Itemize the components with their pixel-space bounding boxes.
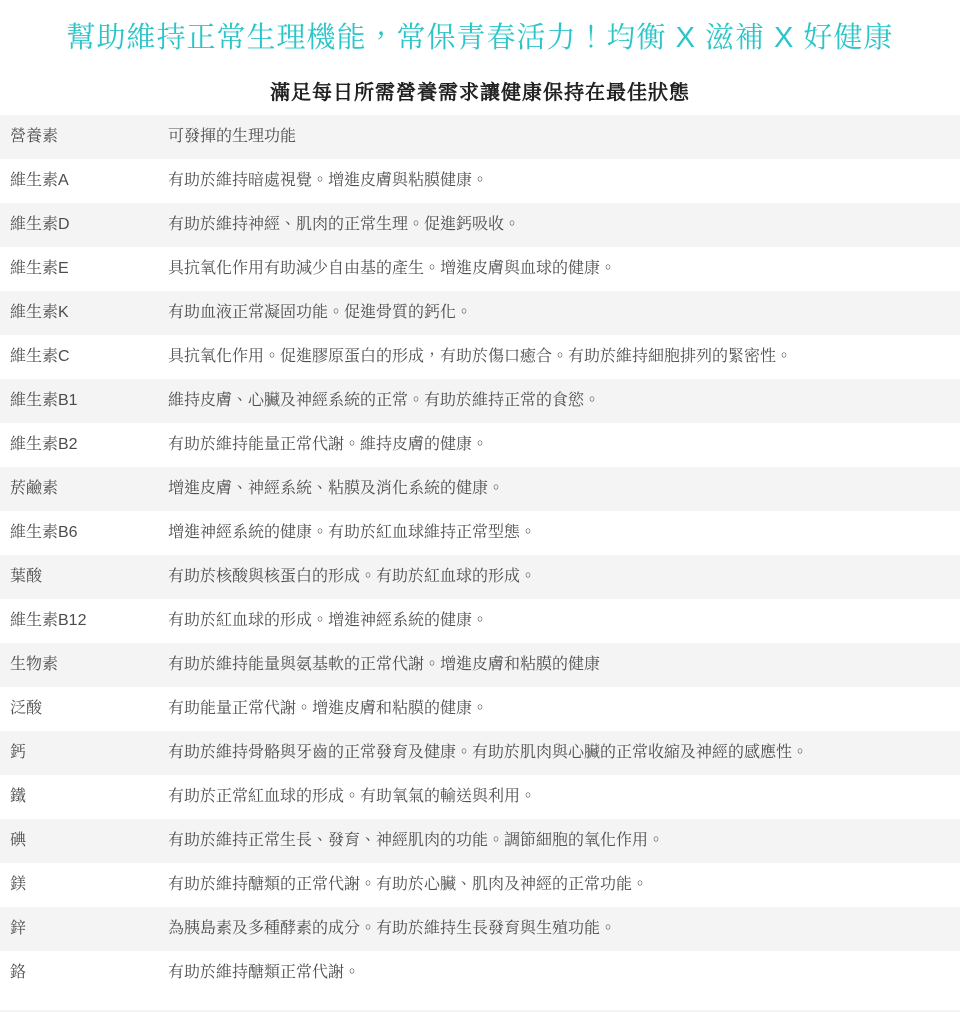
- table-row: 鉻有助於維持醣類正常代謝。: [0, 951, 960, 995]
- nutrient-name-cell: 維生素E: [0, 258, 168, 280]
- nutrient-function-cell: 有助於維持神經、肌肉的正常生理。促進鈣吸收。: [168, 214, 960, 236]
- table-row: 鋅為胰島素及多種酵素的成分。有助於維持生長發育與生殖功能。: [0, 907, 960, 951]
- table-row: 維生素D有助於維持神經、肌肉的正常生理。促進鈣吸收。: [0, 203, 960, 247]
- nutrient-name-cell: 維生素B6: [0, 522, 168, 544]
- page-subtitle: 滿足每日所需營養需求讓健康保持在最佳狀態: [0, 82, 960, 104]
- table-row: 維生素E具抗氧化作用有助減少自由基的產生。增進皮膚與血球的健康。: [0, 247, 960, 291]
- nutrient-name-cell: 維生素B12: [0, 610, 168, 632]
- nutrient-name-cell: 碘: [0, 830, 168, 852]
- nutrient-name-cell: 維生素A: [0, 170, 168, 192]
- table-row: 維生素C具抗氧化作用。促進膠原蛋白的形成，有助於傷口癒合。有助於維持細胞排列的緊…: [0, 335, 960, 379]
- table-row: 營養素可發揮的生理功能: [0, 115, 960, 159]
- table-row: 鎂有助於維持醣類的正常代謝。有助於心臟、肌肉及神經的正常功能。: [0, 863, 960, 907]
- nutrient-function-cell: 有助於核酸與核蛋白的形成。有助於紅血球的形成。: [168, 566, 960, 588]
- nutrient-name-cell: 生物素: [0, 654, 168, 676]
- nutrient-name-cell: 鎂: [0, 874, 168, 896]
- nutrient-name-cell: 鋅: [0, 918, 168, 940]
- nutrient-name-cell: 葉酸: [0, 566, 168, 588]
- nutrient-function-cell: 為胰島素及多種酵素的成分。有助於維持生長發育與生殖功能。: [168, 918, 960, 940]
- table-row: 維生素B12有助於紅血球的形成。增進神經系統的健康。: [0, 599, 960, 643]
- nutrient-function-cell: 有助於紅血球的形成。增進神經系統的健康。: [168, 610, 960, 632]
- nutrient-table: 營養素可發揮的生理功能維生素A有助於維持暗處視覺。增進皮膚與粘膜健康。維生素D有…: [0, 115, 960, 995]
- nutrient-name-cell: 泛酸: [0, 698, 168, 720]
- nutrient-function-cell: 有助於維持正常生長、發育、神經肌肉的功能。調節細胞的氧化作用。: [168, 830, 960, 852]
- nutrient-function-cell: 有助於維持能量與氨基軟的正常代謝。增進皮膚和粘膜的健康: [168, 654, 960, 676]
- nutrient-name-cell: 鐵: [0, 786, 168, 808]
- nutrient-function-cell: 有助於維持醣類正常代謝。: [168, 962, 960, 984]
- nutrient-name-cell: 維生素C: [0, 346, 168, 368]
- nutrient-function-cell: 有助於維持骨骼與牙齒的正常發育及健康。有助於肌肉與心臟的正常收縮及神經的感應性。: [168, 742, 960, 764]
- page-title: 幫助維持正常生理機能，常保青春活力！均衡 X 滋補 X 好健康: [0, 0, 960, 55]
- table-row: 維生素B1維持皮膚、心臟及神經系統的正常。有助於維持正常的食慾。: [0, 379, 960, 423]
- nutrient-name-cell: 維生素B1: [0, 390, 168, 412]
- table-row: 菸鹼素增進皮膚、神經系統、粘膜及消化系統的健康。: [0, 467, 960, 511]
- nutrient-function-cell: 有助血液正常凝固功能。促進骨質的鈣化。: [168, 302, 960, 324]
- table-row: 鐵有助於正常紅血球的形成。有助氧氣的輸送與利用。: [0, 775, 960, 819]
- nutrient-function-cell: 可發揮的生理功能: [168, 126, 960, 148]
- nutrient-name-cell: 鈣: [0, 742, 168, 764]
- table-row: 維生素K有助血液正常凝固功能。促進骨質的鈣化。: [0, 291, 960, 335]
- nutrient-name-cell: 維生素B2: [0, 434, 168, 456]
- table-row: 葉酸有助於核酸與核蛋白的形成。有助於紅血球的形成。: [0, 555, 960, 599]
- nutrient-function-cell: 具抗氧化作用有助減少自由基的產生。增進皮膚與血球的健康。: [168, 258, 960, 280]
- table-row: 碘有助於維持正常生長、發育、神經肌肉的功能。調節細胞的氧化作用。: [0, 819, 960, 863]
- table-row: 維生素B2有助於維持能量正常代謝。維持皮膚的健康。: [0, 423, 960, 467]
- nutrient-function-cell: 有助於正常紅血球的形成。有助氧氣的輸送與利用。: [168, 786, 960, 808]
- nutrient-function-cell: 有助於維持醣類的正常代謝。有助於心臟、肌肉及神經的正常功能。: [168, 874, 960, 896]
- nutrient-name-cell: 營養素: [0, 126, 168, 148]
- table-row: 維生素A有助於維持暗處視覺。增進皮膚與粘膜健康。: [0, 159, 960, 203]
- nutrient-function-cell: 增進皮膚、神經系統、粘膜及消化系統的健康。: [168, 478, 960, 500]
- table-row: 維生素B6增進神經系統的健康。有助於紅血球維持正常型態。: [0, 511, 960, 555]
- nutrient-function-cell: 有助於維持能量正常代謝。維持皮膚的健康。: [168, 434, 960, 456]
- nutrient-function-cell: 增進神經系統的健康。有助於紅血球維持正常型態。: [168, 522, 960, 544]
- nutrient-name-cell: 維生素D: [0, 214, 168, 236]
- nutrient-name-cell: 菸鹼素: [0, 478, 168, 500]
- nutrient-name-cell: 維生素K: [0, 302, 168, 324]
- nutrient-function-cell: 具抗氧化作用。促進膠原蛋白的形成，有助於傷口癒合。有助於維持細胞排列的緊密性。: [168, 346, 960, 368]
- nutrient-function-cell: 維持皮膚、心臟及神經系統的正常。有助於維持正常的食慾。: [168, 390, 960, 412]
- table-row: 鈣有助於維持骨骼與牙齒的正常發育及健康。有助於肌肉與心臟的正常收縮及神經的感應性…: [0, 731, 960, 775]
- nutrient-function-cell: 有助於維持暗處視覺。增進皮膚與粘膜健康。: [168, 170, 960, 192]
- table-row: 生物素有助於維持能量與氨基軟的正常代謝。增進皮膚和粘膜的健康: [0, 643, 960, 687]
- page: 幫助維持正常生理機能，常保青春活力！均衡 X 滋補 X 好健康 滿足每日所需營養…: [0, 0, 960, 1012]
- table-row: 泛酸有助能量正常代謝。增進皮膚和粘膜的健康。: [0, 687, 960, 731]
- nutrient-name-cell: 鉻: [0, 962, 168, 984]
- nutrient-function-cell: 有助能量正常代謝。增進皮膚和粘膜的健康。: [168, 698, 960, 720]
